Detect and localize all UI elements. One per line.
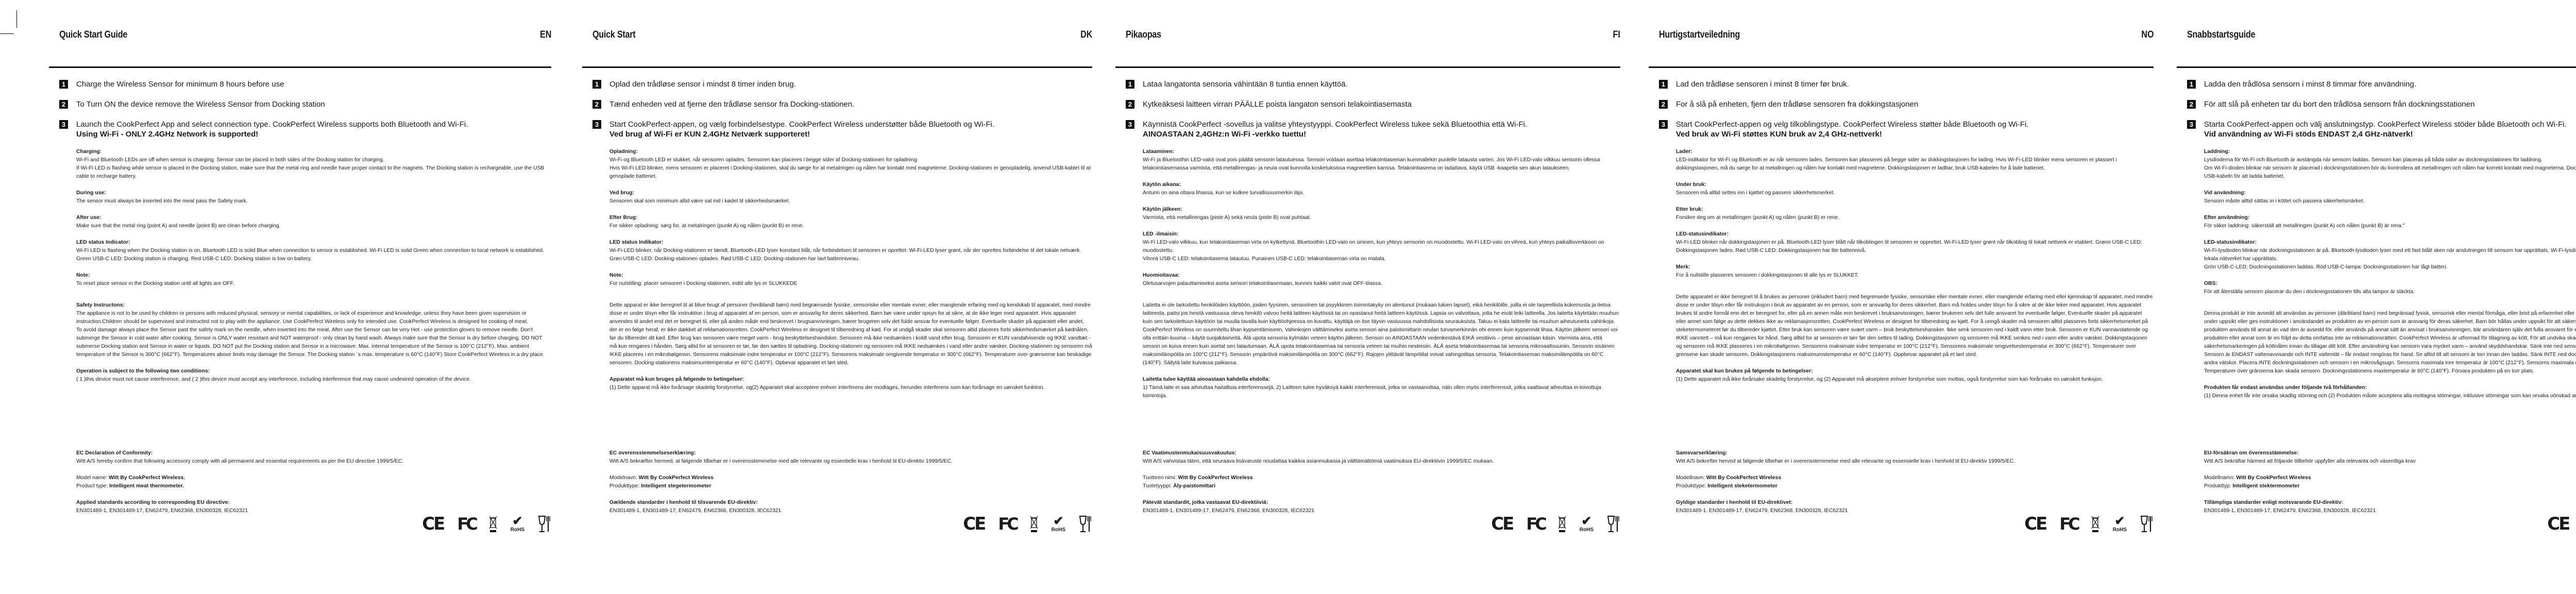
model-name-row: Model name: Witt By CookPerfect Wireless… [76, 474, 551, 482]
section-heading: Käytön jälkeen: [1143, 206, 1620, 214]
declaration-heading: EC Declaration of Conformity: [76, 449, 551, 457]
fcc-mark-icon: FC [2059, 515, 2077, 533]
section-text: Wi-Fi and Bluetooth LEDs are off when se… [76, 156, 551, 181]
section-text: Lysdioderna för Wi-Fi och Bluetooth är a… [2204, 156, 2576, 181]
step-number-badge: 1 [1659, 80, 1668, 89]
standards-list: EN301489-1, EN301489-17, EN62479, EN6236… [1143, 507, 1620, 515]
section-heading: LED status Indicator: [76, 239, 551, 247]
info-section: Opladning:Wi-Fi og Bluetooth LED er sluk… [609, 148, 1092, 181]
ce-mark-icon: CE [422, 515, 444, 533]
info-section: LED status Indicator:Wi-Fi LED is flashi… [76, 239, 551, 263]
language-panel-dk: Quick Start DK 1Oplad den trådløse senso… [592, 0, 1092, 594]
declaration-text: Witt A/S bekræfter hermed, at følgende t… [609, 457, 1092, 466]
language-code: FI [1613, 29, 1620, 41]
steps-list: 1Oplad den trådløse sensor i mindst 8 ti… [592, 79, 1092, 149]
panel-title: Snabbstartsguide [2187, 29, 2255, 41]
model-name-value: Witt By CookPerfect Wireless [2236, 475, 2311, 481]
declaration-section: EU-försäkran om överensstämmelse: Witt A… [2204, 449, 2576, 466]
weee-bin-icon [489, 515, 497, 533]
step-number-badge: 1 [592, 80, 601, 89]
section-heading: LED -ilmaisin: [1143, 230, 1620, 239]
instructions-body: Laddning:Lysdioderna för Wi-Fi och Bluet… [2204, 148, 2576, 409]
model-name-value: Witt By CookPerfect Wireless [1706, 475, 1781, 481]
section-text: Wi-Fi-LED blinker når dokkingstasjonen e… [1676, 239, 2154, 255]
section-text: The sensor must always be inserted into … [76, 197, 551, 206]
model-name-row: Modelnavn: Witt By CookPerfect Wireless [609, 474, 1092, 482]
section-text: Forsikre deg om at metallringen (punkt A… [1676, 214, 2154, 222]
step-item: 1Oplad den trådløse sensor i mindst 8 ti… [592, 79, 1092, 89]
product-type-label: Produkttype: [1676, 483, 1707, 489]
section-heading: Vid användning: [2204, 189, 2576, 197]
product-info: Modellnamn: Witt By CookPerfect Wireless… [2204, 474, 2576, 490]
food-safe-icon [2140, 515, 2154, 533]
step-item: 3Käynnistä CookPerfect -sovellus ja vali… [1126, 120, 1620, 139]
header-divider [2177, 66, 2576, 68]
section-text: Dette apparatet er ikke beregnet til å b… [1676, 293, 2154, 359]
section-heading: OBS: [2204, 280, 2576, 288]
product-type-label: Produkttyp: [2204, 483, 2232, 489]
section-heading: Lataaminen: [1143, 148, 1620, 156]
weee-bin-icon [2091, 515, 2099, 533]
product-type-value: Äly-paistomittari [1173, 483, 1215, 489]
model-name-label: Modelnavn: [609, 475, 639, 481]
conformity-footer: EC overensstemmelseserklæring: Witt A/S … [609, 449, 1092, 523]
section-heading: Charging: [76, 148, 551, 156]
section-text: Sensoren skal som minimum altid være sat… [609, 197, 1092, 206]
info-section: Efter användning:För säker laddning: säk… [2204, 214, 2576, 230]
steps-list: 1Lad den trådløse sensoren i minst 8 tim… [1659, 79, 2154, 149]
info-section: Produkten får endast användas under följ… [2204, 384, 2576, 400]
section-text: För att återställa sensorn placerar du d… [2204, 288, 2576, 296]
product-type-value: Intelligent stektermometer [2232, 483, 2299, 489]
step-item: 2Kytkeäksesi laitteen virran PÄÄLLE pois… [1126, 99, 1620, 109]
section-text: Wi-Fi-lysdioden blinkar när dockningssta… [2204, 247, 2576, 271]
model-name-label: Model name: [76, 475, 109, 481]
language-panel-fi: Pikaopas FI 1Lataa langatonta sensoria v… [1126, 0, 1620, 594]
section-heading: Huomioitavaa: [1143, 271, 1620, 280]
product-info: Modellnavn: Witt By CookPerfect Wireless… [1676, 474, 2154, 490]
step-item: 3Start CookPerfect-appen og velg tilkobl… [1659, 120, 2154, 139]
model-name-row: Tuotteen nimi: Witt By CookPerfect Wirel… [1143, 474, 1620, 482]
section-heading: Efter användning: [2204, 214, 2576, 222]
step-number-badge: 3 [1659, 120, 1668, 129]
step-text: To Turn ON the device remove the Wireles… [76, 100, 325, 109]
declaration-heading: EC Vaatimustenmukaisuusvakuutus: [1143, 449, 1620, 457]
product-type-label: Produkttype: [609, 483, 641, 489]
model-name-row: Modellnamn: Witt By CookPerfect Wireless [2204, 474, 2576, 482]
step-number-badge: 3 [1126, 120, 1134, 129]
step-text: For å slå på enheten, fjern den trådløse… [1676, 100, 1918, 109]
section-heading: Lader: [1676, 148, 2154, 156]
food-safe-icon [538, 515, 551, 533]
section-heading: Käytön aikana: [1143, 181, 1620, 189]
language-panel-en: Quick Start Guide EN 1Charge the Wireles… [59, 0, 551, 594]
language-code: DK [1080, 29, 1092, 41]
section-text: For sikker opladning: sørg for, at metal… [609, 222, 1092, 230]
standards-heading: Tillämpliga standarder enligt motsvarand… [2204, 499, 2576, 507]
standards-heading: Gældende standarder i henhold til tilsva… [609, 499, 1092, 507]
info-section: Note:To reset place sensor in the Dockin… [76, 271, 551, 288]
declaration-section: EC Vaatimustenmukaisuusvakuutus: Witt A/… [1143, 449, 1620, 466]
info-section: Laitetta ei ole tarkoitettu henkilöiden … [1143, 301, 1620, 367]
fcc-mark-icon: FC [998, 515, 1016, 533]
step-item: 2To Turn ON the device remove the Wirele… [59, 99, 551, 109]
step-number-badge: 2 [2187, 100, 2196, 109]
info-section: Charging:Wi-Fi and Bluetooth LEDs are of… [76, 148, 551, 181]
info-section: Safety Instructons:The appliance is not … [76, 301, 551, 359]
section-text: ( 1 )this device must not cause interfer… [76, 376, 551, 384]
info-section: Lader:LED-indikator for Wi-Fi og Bluetoo… [1676, 148, 2154, 173]
step-text: Start CookPerfect-appen, og vælg forbind… [609, 120, 994, 129]
section-text: Sensorn måste alltid sättas in i köttet … [2204, 197, 2576, 206]
section-text: Varmista, että metallirengas (piste A) s… [1143, 214, 1620, 222]
standards-section: Gyldige standarder i henhold til EU-dire… [1676, 499, 2154, 515]
step-number-badge: 1 [59, 80, 68, 89]
instructions-body: Opladning:Wi-Fi og Bluetooth LED er sluk… [609, 148, 1092, 400]
section-text: (1) Dette apparatet må ikke forårsake sk… [1676, 376, 2154, 384]
certification-icons: CEFC✔RoHS [2547, 515, 2576, 533]
rohs-icon: ✔RoHS [511, 515, 524, 533]
section-heading: Ved brug: [609, 189, 1092, 197]
step-note-bold: Vid användning av Wi-Fi stöds ENDAST 2,4… [2204, 129, 2576, 139]
standards-section: Pätevät standardit, jotka vastaavat EU-d… [1143, 499, 1620, 515]
section-heading: LED-statusindikator: [2204, 239, 2576, 247]
section-text: LED-indikator for Wi-Fi og Bluetooth er … [1676, 156, 2154, 173]
section-text: (1) Denna enhet får inte orsaka skadlig … [2204, 392, 2576, 400]
section-text: For nulstilling: placer sensoren i Docki… [609, 280, 1092, 288]
section-text: Dette apparat er ikke beregnet til at bl… [609, 301, 1092, 367]
section-text: Make sure that the metal ring (point A) … [76, 222, 551, 230]
section-heading: Under bruk: [1676, 181, 2154, 189]
step-number-badge: 3 [2187, 120, 2196, 129]
info-section: After use:Make sure that the metal ring … [76, 214, 551, 230]
panel-header: Hurtigstartveiledning NO [1659, 29, 2154, 41]
step-number-badge: 2 [59, 100, 68, 109]
product-type-value: Intelligent stegetermometer [641, 483, 711, 489]
section-heading: Safety Instructons: [76, 301, 551, 310]
product-info: Model name: Witt By CookPerfect Wireless… [76, 474, 551, 490]
info-section: Under bruk:Sensoren må alltid settes inn… [1676, 181, 2154, 197]
declaration-section: Samsvarserklæring: Witt A/S bekrefter he… [1676, 449, 2154, 466]
declaration-section: EC overensstemmelseserklæring: Witt A/S … [609, 449, 1092, 466]
steps-list: 1Lataa langatonta sensoria vähintään 8 t… [1126, 79, 1620, 149]
section-text: 1) Tämä laite ei saa aiheuttaa haitallis… [1143, 384, 1620, 400]
section-text: Oletusarvojen palauttamiseksi aseta sens… [1143, 280, 1620, 288]
step-note-bold: Ved bruk av Wi-Fi støttes KUN bruk av 2,… [1676, 129, 2154, 139]
standards-heading: Applied standards according to correspon… [76, 499, 551, 507]
info-section: OBS:För att återställa sensorn placerar … [2204, 280, 2576, 296]
step-item: 3Start CookPerfect-appen, og vælg forbin… [592, 120, 1092, 139]
product-type-row: Produkttyp: Intelligent stektermometer [2204, 482, 2576, 490]
info-section: Note:For nulstilling: placer sensoren i … [609, 271, 1092, 288]
certification-icons: CEFC✔RoHS [1491, 515, 1620, 533]
ce-mark-icon: CE [1491, 515, 1513, 533]
section-heading: Opladning: [609, 148, 1092, 156]
model-name-value: Witt By CookPerfect Wireless [1178, 475, 1252, 481]
info-section: LED-statusindikator:Wi-Fi-lysdioden blin… [2204, 239, 2576, 271]
food-safe-icon [1607, 515, 1620, 533]
step-item: 2Tænd enheden ved at fjerne den trådløse… [592, 99, 1092, 109]
step-number-badge: 2 [1126, 100, 1134, 109]
ce-mark-icon: CE [2024, 515, 2046, 533]
section-text: The appliance is not to be used by child… [76, 310, 551, 359]
step-item: 1Lataa langatonta sensoria vähintään 8 t… [1126, 79, 1620, 89]
step-item: 1Charge the Wireless Sensor for minimum … [59, 79, 551, 89]
step-item: 2För att slå på enheten tar du bort den … [2187, 99, 2576, 109]
step-item: 3Starta CookPerfect-appen och välj anslu… [2187, 120, 2576, 139]
info-section: Käytön jälkeen:Varmista, että metalliren… [1143, 206, 1620, 222]
language-code: EN [540, 29, 551, 41]
info-section: Lataaminen:Wi-Fi ja Bluetoothin LED-valo… [1143, 148, 1620, 173]
section-heading: LED status Indikator: [609, 239, 1092, 247]
conformity-footer: EU-försäkran om överensstämmelse: Witt A… [2204, 449, 2576, 523]
step-text: Ladda den trådlösa sensorn i minst 8 tim… [2204, 80, 2416, 89]
section-heading: Note: [76, 271, 551, 280]
product-type-row: Produkttype: Intelligent steketermometer [1676, 482, 2154, 490]
section-heading: Produkten får endast användas under följ… [2204, 384, 2576, 392]
step-text: Start CookPerfect-appen og velg tilkobli… [1676, 120, 2028, 129]
section-text: To reset place sensor in the Docking sta… [76, 280, 551, 288]
info-section: Laddning:Lysdioderna för Wi-Fi och Bluet… [2204, 148, 2576, 181]
info-section: LED -ilmaisin:Wi-Fi LED-valo vilkkuu, ku… [1143, 230, 1620, 263]
declaration-text: Witt A/S bekräftar härmed att följande t… [2204, 457, 2576, 466]
section-heading: Merk: [1676, 263, 2154, 271]
conformity-footer: Samsvarserklæring: Witt A/S bekrefter he… [1676, 449, 2154, 523]
section-heading: Note: [609, 271, 1092, 280]
language-code: NO [2141, 29, 2154, 41]
product-type-value: Intelligent steketermometer [1707, 483, 1777, 489]
step-text: Tænd enheden ved at fjerne den trådløse … [609, 100, 854, 109]
info-section: Laitetta tulee käyttää ainoastaan kahdel… [1143, 376, 1620, 400]
panel-header: Snabbstartsguide SE [2187, 29, 2576, 41]
panel-header: Quick Start DK [592, 29, 1092, 41]
section-heading: Laitetta tulee käyttää ainoastaan kahdel… [1143, 376, 1620, 384]
step-text: Starta CookPerfect-appen och välj anslut… [2204, 120, 2567, 129]
step-number-badge: 3 [592, 120, 601, 129]
info-section: Ved brug:Sensoren skal som minimum altid… [609, 189, 1092, 206]
guide-panels: Quick Start Guide EN 1Charge the Wireles… [0, 0, 2576, 594]
standards-list: EN301489-1, EN301489-17, EN62479, EN6236… [609, 507, 1092, 515]
section-text: Sensoren må alltid settes inn i kjøttet … [1676, 189, 2154, 197]
standards-list: EN301489-1, EN301489-17, EN62479, EN6236… [76, 507, 551, 515]
section-text: Wi-Fi ja Bluetoothin LED-valot ovat pois… [1143, 156, 1620, 173]
section-text: For å nullstille plasseres sensoren i do… [1676, 271, 2154, 280]
model-name-row: Modellnavn: Witt By CookPerfect Wireless [1676, 474, 2154, 482]
section-heading: Apparatet skal kun brukes på følgende to… [1676, 367, 2154, 376]
product-type-row: Product type: Intelligent meat thermomet… [76, 482, 551, 490]
declaration-text: Witt A/S hereby confirm that following a… [76, 457, 551, 466]
step-number-badge: 2 [1659, 100, 1668, 109]
panel-title: Pikaopas [1126, 29, 1161, 41]
panel-title: Quick Start Guide [59, 29, 127, 41]
section-heading: Etter bruk: [1676, 206, 2154, 214]
model-name-value: Witt By CookPerfect Wireless [639, 475, 714, 481]
section-text: För säker laddning: säkerställ att metal… [2204, 222, 2576, 230]
section-text: Wi-Fi-LED blinker, når Docking-stationen… [609, 247, 1092, 263]
ce-mark-icon: CE [2547, 515, 2569, 533]
header-divider [49, 66, 551, 68]
declaration-text: Witt A/S bekrefter herved at følgende ti… [1676, 457, 2154, 466]
section-heading: LED-statusindikator: [1676, 230, 2154, 239]
step-text: Lataa langatonta sensoria vähintään 8 tu… [1143, 80, 1348, 89]
certification-icons: CEFC✔RoHS [963, 515, 1092, 533]
model-name-label: Tuotteen nimi: [1143, 475, 1178, 481]
section-text: Wi-Fi LED is flashing when the Docking s… [76, 247, 551, 263]
ce-mark-icon: CE [963, 515, 985, 533]
conformity-footer: EC Vaatimustenmukaisuusvakuutus: Witt A/… [1143, 449, 1620, 523]
info-section: Denna produkt är inte avsedd att använda… [2204, 310, 2576, 376]
standards-section: Gældende standarder i henhold til tilsva… [609, 499, 1092, 515]
step-note-bold: Using Wi-Fi - ONLY 2.4GHz Network is sup… [76, 129, 551, 139]
instructions-body: Lataaminen:Wi-Fi ja Bluetoothin LED-valo… [1143, 148, 1620, 409]
declaration-heading: EU-försäkran om överensstämmelse: [2204, 449, 2576, 457]
model-name-label: Modellnavn: [1676, 475, 1706, 481]
standards-heading: Pätevät standardit, jotka vastaavat EU-d… [1143, 499, 1620, 507]
info-section: Huomioitavaa:Oletusarvojen palauttamisek… [1143, 271, 1620, 288]
standards-list: EN301489-1, EN301489-17, EN62479, EN6236… [2204, 507, 2576, 515]
section-heading: Laddning: [2204, 148, 2576, 156]
rohs-icon: ✔RoHS [1580, 515, 1594, 533]
info-section: Dette apparatet er ikke beregnet til å b… [1676, 293, 2154, 359]
info-section: LED-statusindikator:Wi-Fi-LED blinker nå… [1676, 230, 2154, 255]
step-text: Lad den trådløse sensoren i minst 8 time… [1676, 80, 1849, 89]
weee-bin-icon [1558, 515, 1566, 533]
step-text: Käynnistä CookPerfect -sovellus ja valit… [1143, 120, 1527, 129]
header-divider [1115, 66, 1620, 68]
standards-section: Applied standards according to correspon… [76, 499, 551, 515]
weee-bin-icon [1030, 515, 1038, 533]
info-section: Käytön aikana:Anturin on aina oltava lih… [1143, 181, 1620, 197]
step-number-badge: 1 [2187, 80, 2196, 89]
standards-heading: Gyldige standarder i henhold til EU-dire… [1676, 499, 2154, 507]
step-number-badge: 3 [59, 120, 68, 129]
standards-list: EN301489-1, EN301489-17, EN62479, EN6236… [1676, 507, 2154, 515]
declaration-heading: EC overensstemmelseserklæring: [609, 449, 1092, 457]
panel-header: Pikaopas FI [1126, 29, 1620, 41]
step-text: Oplad den trådløse sensor i mindst 8 tim… [609, 80, 796, 89]
section-heading: After use: [76, 214, 551, 222]
product-info: Modelnavn: Witt By CookPerfect Wireless … [609, 474, 1092, 490]
step-item: 2For å slå på enheten, fjern den trådløs… [1659, 99, 2154, 109]
section-heading: During use: [76, 189, 551, 197]
product-type-row: Tuotetyyppi: Äly-paistomittari [1143, 482, 1620, 490]
step-item: 1Ladda den trådlösa sensorn i minst 8 ti… [2187, 79, 2576, 89]
header-divider [1649, 66, 2154, 68]
info-section: Merk:For å nullstille plasseres sensoren… [1676, 263, 2154, 280]
step-note-bold: Ved brug af Wi-Fi er KUN 2.4GHz Netværk … [609, 129, 1092, 139]
step-note-bold: AINOASTAAN 2,4GHz:n Wi-Fi -verkko tuettu… [1143, 129, 1620, 139]
model-name-label: Modellnamn: [2204, 475, 2236, 481]
standards-section: Tillämpliga standarder enligt motsvarand… [2204, 499, 2576, 515]
info-section: LED status Indikator:Wi-Fi-LED blinker, … [609, 239, 1092, 263]
step-item: 3Launch the CookPerfect App and select c… [59, 120, 551, 139]
panel-title: Quick Start [592, 29, 635, 41]
fcc-mark-icon: FC [1526, 515, 1544, 533]
section-heading: Operation is subject to the following tw… [76, 367, 551, 376]
info-section: Apparatet skal kun brukes på følgende to… [1676, 367, 2154, 384]
section-text: Laitetta ei ole tarkoitettu henkilöiden … [1143, 301, 1620, 367]
declaration-heading: Samsvarserklæring: [1676, 449, 2154, 457]
section-text: Wi-Fi LED-valo vilkkuu, kun telakointias… [1143, 239, 1620, 263]
product-type-value: Intelligent meat thermometer. [109, 483, 184, 489]
step-number-badge: 1 [1126, 80, 1134, 89]
model-name-value: Witt By CookPerfect Wireless. [109, 475, 185, 481]
info-section: Dette apparat er ikke beregnet til at bl… [609, 301, 1092, 367]
info-section: Efter Brug:For sikker opladning: sørg fo… [609, 214, 1092, 230]
product-type-row: Produkttype: Intelligent stegetermometer [609, 482, 1092, 490]
rohs-icon: ✔RoHS [1052, 515, 1065, 533]
declaration-section: EC Declaration of Conformity: Witt A/S h… [76, 449, 551, 466]
product-type-label: Product type: [76, 483, 109, 489]
info-section: During use:The sensor must always be ins… [76, 189, 551, 206]
header-divider [582, 66, 1092, 68]
step-text: Charge the Wireless Sensor for minimum 8… [76, 80, 284, 89]
product-info: Tuotteen nimi: Witt By CookPerfect Wirel… [1143, 474, 1620, 490]
language-panel-no: Hurtigstartveiledning NO 1Lad den trådlø… [1659, 0, 2154, 594]
step-text: För att slå på enheten tar du bort den t… [2204, 100, 2475, 109]
product-type-label: Tuotetyyppi: [1143, 483, 1173, 489]
declaration-text: Witt A/S vahvistaa täten, että seuraava … [1143, 457, 1620, 466]
fcc-mark-icon: FC [457, 515, 475, 533]
certification-icons: CEFC✔RoHS [422, 515, 551, 533]
section-text: Wi-Fi og Bluetooth LED er slukket, når s… [609, 156, 1092, 181]
language-panel-se: Snabbstartsguide SE 1Ladda den trådlösa … [2187, 0, 2576, 594]
section-text: (1) Dette apparat må ikke forårsage skad… [609, 384, 1092, 392]
food-safe-icon [1079, 515, 1092, 533]
section-text: Denna produkt är inte avsedd att använda… [2204, 310, 2576, 376]
info-section: Vid användning:Sensorn måste alltid sätt… [2204, 189, 2576, 206]
steps-list: 1Ladda den trådlösa sensorn i minst 8 ti… [2187, 79, 2576, 149]
info-section: Operation is subject to the following tw… [76, 367, 551, 384]
panel-title: Hurtigstartveiledning [1659, 29, 1740, 41]
section-heading: Apparatet må kun bruges på følgende to b… [609, 376, 1092, 384]
conformity-footer: EC Declaration of Conformity: Witt A/S h… [76, 449, 551, 523]
instructions-body: Lader:LED-indikator for Wi-Fi og Bluetoo… [1676, 148, 2154, 392]
step-number-badge: 2 [592, 100, 601, 109]
section-heading: Efter Brug: [609, 214, 1092, 222]
step-text: Kytkeäksesi laitteen virran PÄÄLLE poist… [1143, 100, 1412, 109]
info-section: Apparatet må kun bruges på følgende to b… [609, 376, 1092, 392]
step-item: 1Lad den trådløse sensoren i minst 8 tim… [1659, 79, 2154, 89]
instructions-body: Charging:Wi-Fi and Bluetooth LEDs are of… [76, 148, 551, 392]
rohs-icon: ✔RoHS [2113, 515, 2127, 533]
info-section: Etter bruk:Forsikre deg om at metallring… [1676, 206, 2154, 222]
certification-icons: CEFC✔RoHS [2024, 515, 2154, 533]
panel-header: Quick Start Guide EN [59, 29, 551, 41]
step-text: Launch the CookPerfect App and select co… [76, 120, 468, 129]
section-text: Anturin on aina oltava lihassa, kun se k… [1143, 189, 1620, 197]
steps-list: 1Charge the Wireless Sensor for minimum … [59, 79, 551, 149]
